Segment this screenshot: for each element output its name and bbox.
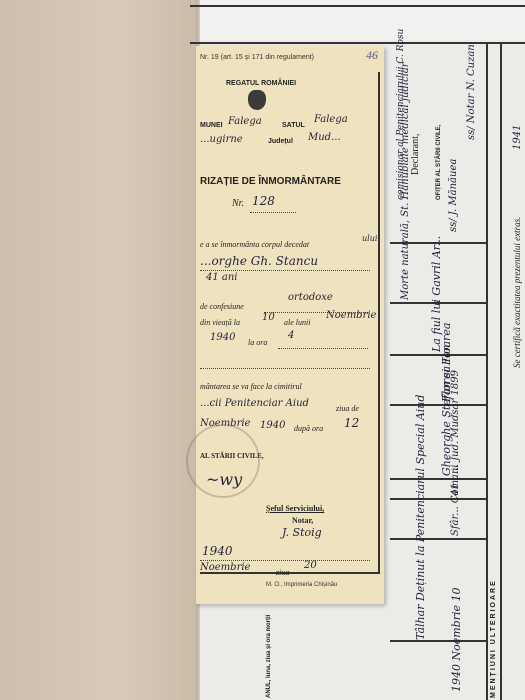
after-hour-label: după ora	[294, 424, 323, 433]
register-row-rule	[390, 354, 486, 356]
death-hour: 4	[288, 330, 294, 341]
form-header: Nr. 19 (art. 15 și 171 din regulament)	[200, 54, 314, 61]
register-row-rule	[390, 478, 486, 480]
deceased-name: ...orghe Gh. Stancu	[200, 254, 318, 268]
confession-value: ortodoxe	[288, 292, 333, 303]
village-label: SATUL	[282, 122, 305, 129]
burial-authorization-form: Nr. 19 (art. 15 și 171 din regulament) 4…	[196, 46, 384, 604]
dotted-line	[200, 270, 370, 271]
register-row-rule	[390, 404, 486, 406]
register-column-divider	[486, 42, 488, 700]
officer-signature: ~wy	[206, 470, 242, 489]
register-certified-year: 1941	[512, 125, 523, 150]
age-value: 41 ani	[206, 272, 238, 283]
county-label: Județul	[268, 138, 293, 145]
dotted-line	[200, 368, 370, 369]
register-entry: Sfâr... Com. ... Jud. Mudsar 1899	[450, 370, 461, 536]
cemetery-value: ...cii Penitenciar Aiud	[200, 398, 309, 409]
commune-label: MUNEI	[200, 122, 223, 129]
issue-year: 1940	[202, 544, 233, 558]
village-value: Falega	[314, 114, 348, 125]
register-certified-text: Se certifică exactitatea prezentului ext…	[512, 217, 522, 368]
register-side-header: MENȚIUNI ULTERIOARE	[490, 579, 497, 698]
hour-label: la ora	[248, 338, 267, 347]
kingdom-title: REGATUL ROMÂNIEI	[226, 80, 296, 87]
issue-day-label: ziua	[276, 568, 289, 577]
county-prefix-value: ...ugirne	[200, 134, 243, 145]
commune-value: Falega	[228, 116, 262, 127]
burial-day-label: ziua de	[336, 404, 359, 413]
number-label: Nr.	[232, 198, 244, 209]
notary-signature: J. Stoig	[282, 526, 322, 539]
form-title: RIZAȚIE DE ÎNMORMÂNTARE	[200, 176, 341, 187]
dotted-line	[278, 348, 368, 349]
register-column-divider	[500, 42, 502, 700]
burial-hour: 12	[344, 416, 359, 430]
register-entry: Tâlhar Deținut la Penitenciarul Special …	[414, 395, 427, 640]
folio-number: 46	[366, 48, 378, 63]
coat-of-arms-icon	[248, 90, 266, 110]
death-year: 1940	[210, 332, 235, 343]
issue-day: 20	[304, 560, 317, 571]
register-rule	[190, 5, 525, 7]
register-entry: 1940 Noembrie 10	[450, 588, 463, 693]
burial-line: mântarea se va face la cimitirul	[200, 382, 302, 391]
printer-credit: M. O., Imprimeria Chișinău	[266, 582, 337, 588]
death-month: Noembrie	[326, 310, 376, 321]
death-label-2: ale lunii	[284, 318, 310, 327]
body-line-1-suffix: ului	[362, 234, 377, 243]
dotted-line	[200, 560, 370, 561]
register-declarant-label: Declarant,	[410, 134, 421, 175]
book-left-page	[0, 0, 200, 700]
burial-year: 1940	[260, 420, 285, 431]
number-value: 128	[252, 194, 275, 208]
register-row-rule	[390, 640, 486, 642]
register-column-header: ANUL, luna, ziua și ora morții	[266, 615, 272, 698]
death-day: 10	[262, 312, 275, 323]
service-chief-label: Șeful Serviciului,	[266, 504, 324, 513]
register-row-rule	[390, 498, 486, 500]
issue-month: Noembrie	[200, 562, 250, 573]
notary-label: Notar,	[292, 516, 313, 525]
register-officer-signature: ss/ J. Mănăuea	[448, 159, 459, 232]
register-row-rule	[390, 538, 486, 540]
death-label-1: din vieață la	[200, 318, 240, 327]
body-line-1: e a se înmormânta corpul decedat	[200, 240, 309, 249]
confession-label: de confesiune	[200, 302, 244, 311]
dotted-line	[250, 212, 296, 213]
register-notary-note: ss/ Notar N. Cuzan	[466, 44, 477, 140]
county-value: Mud...	[308, 132, 341, 143]
register-officer-label: OFIȚER AL STĂRII CIVILE,	[436, 125, 442, 200]
register-entry: Morte naturală, St. Hanubiale medical ju…	[400, 62, 411, 300]
